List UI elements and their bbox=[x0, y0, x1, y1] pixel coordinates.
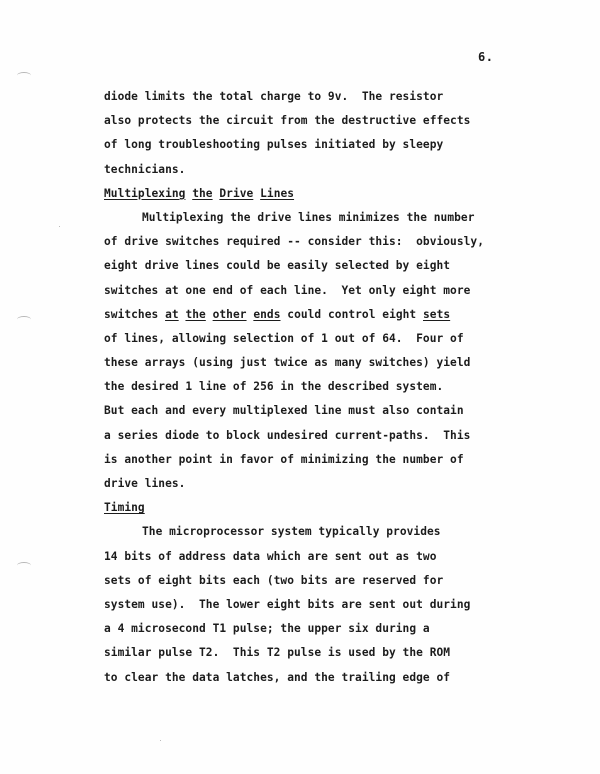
text-line: also protects the circuit from the destr… bbox=[104, 109, 524, 133]
page-number: 6. bbox=[478, 50, 493, 64]
text-line: diode limits the total charge to 9v. The… bbox=[104, 85, 524, 109]
text-line: of lines, allowing selection of 1 out of… bbox=[104, 327, 524, 351]
text-line: But each and every multiplexed line must… bbox=[104, 399, 524, 423]
text-line: 14 bits of address data which are sent o… bbox=[104, 545, 524, 569]
text-line: drive lines. bbox=[104, 472, 524, 496]
punch-hole-mark-middle bbox=[17, 316, 31, 323]
section-heading-timing: Timing bbox=[104, 496, 524, 520]
paper-speck bbox=[59, 226, 60, 227]
section-heading-multiplexing: Multiplexing the Drive Lines bbox=[104, 182, 524, 206]
text-line: system use). The lower eight bits are se… bbox=[104, 593, 524, 617]
text-line: switches at one end of each line. Yet on… bbox=[104, 279, 524, 303]
paper-speck bbox=[160, 740, 161, 741]
text-line: a 4 microsecond T1 pulse; the upper six … bbox=[104, 617, 524, 641]
text-line: technicians. bbox=[104, 158, 524, 182]
text-line-underlined-words: switches at the other ends could control… bbox=[104, 303, 524, 327]
text-line: Multiplexing the drive lines minimizes t… bbox=[104, 206, 524, 230]
text-line: The microprocessor system typically prov… bbox=[104, 520, 524, 544]
typewritten-body: diode limits the total charge to 9v. The… bbox=[104, 85, 524, 690]
punch-hole-mark-top bbox=[17, 72, 31, 79]
text-line: similar pulse T2. This T2 pulse is used … bbox=[104, 641, 524, 665]
punch-hole-mark-bottom bbox=[17, 562, 31, 569]
text-line: these arrays (using just twice as many s… bbox=[104, 351, 524, 375]
text-line: to clear the data latches, and the trail… bbox=[104, 666, 524, 690]
text-line: is another point in favor of minimizing … bbox=[104, 448, 524, 472]
text-line: of long troubleshooting pulses initiated… bbox=[104, 133, 524, 157]
text-line: of drive switches required -- consider t… bbox=[104, 230, 524, 254]
text-line: sets of eight bits each (two bits are re… bbox=[104, 569, 524, 593]
text-line: eight drive lines could be easily select… bbox=[104, 254, 524, 278]
text-line: a series diode to block undesired curren… bbox=[104, 424, 524, 448]
text-line: the desired 1 line of 256 in the describ… bbox=[104, 375, 524, 399]
